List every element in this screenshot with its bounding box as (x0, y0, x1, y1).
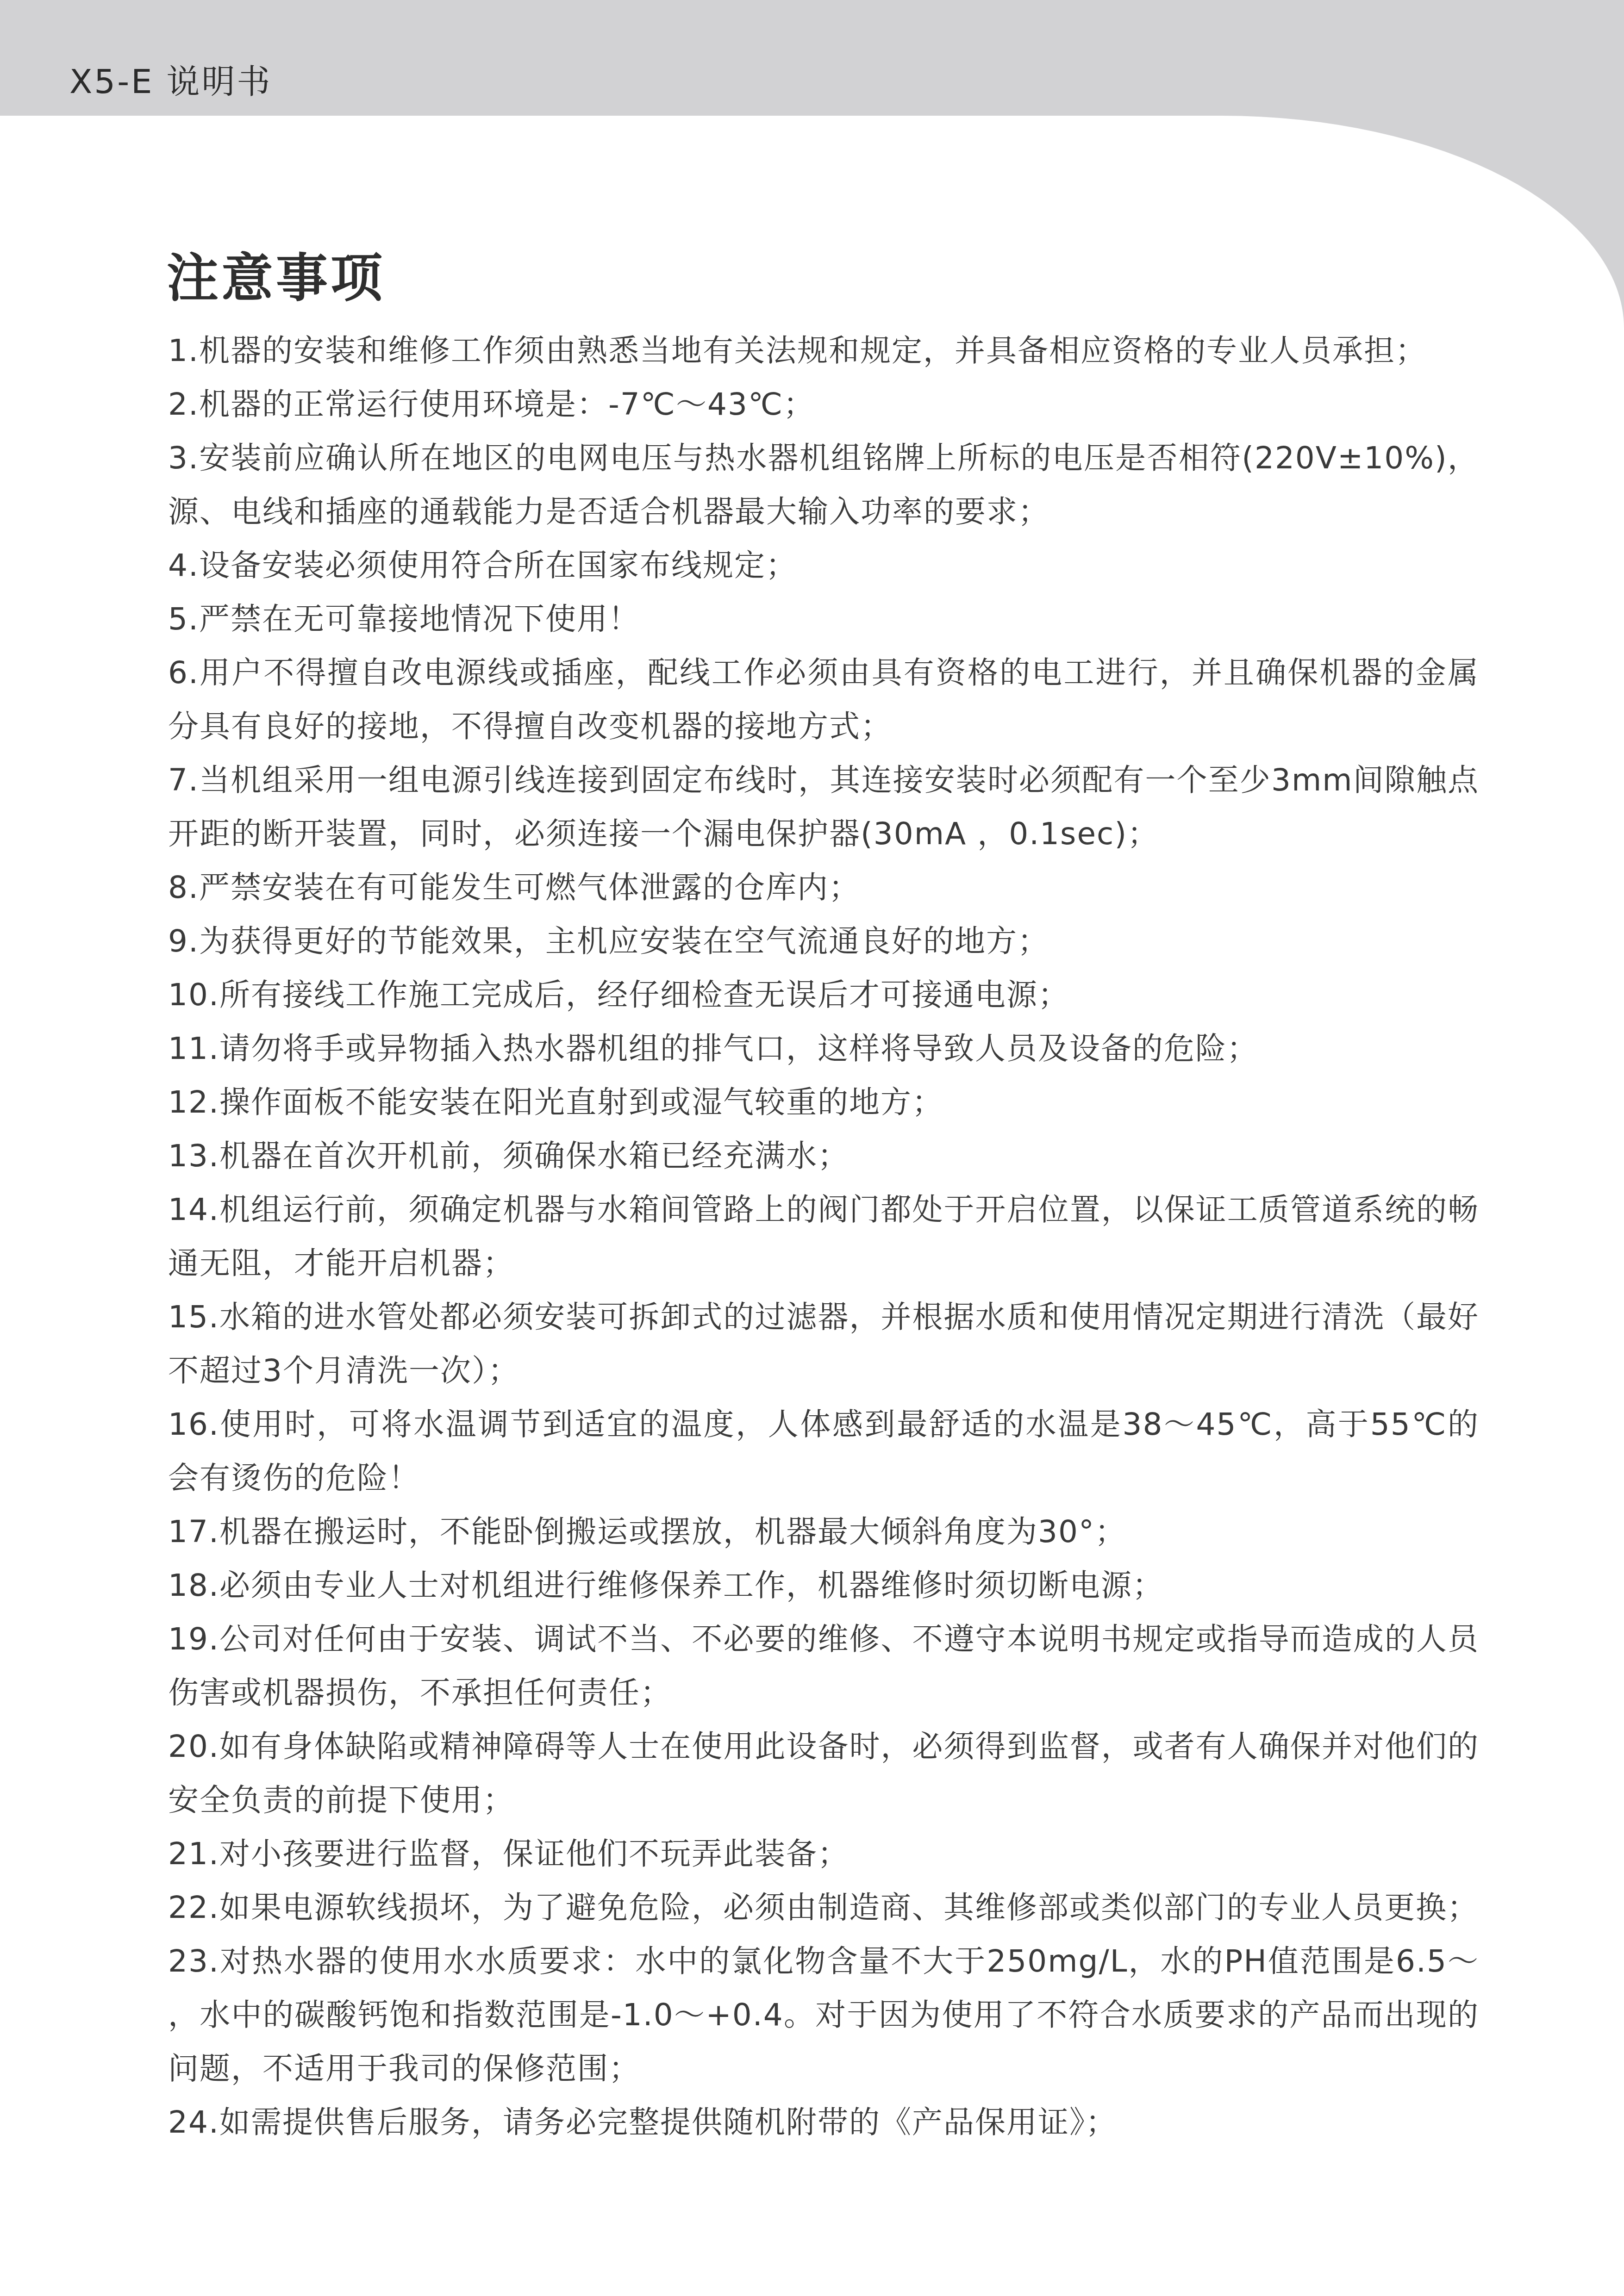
notice-line-item-15: 15.水箱的进水管处都必须安装可拆卸式的过滤器，并根据水质和使用情况定期进行清洗… (168, 1290, 1479, 1344)
notice-line-item-4: 4.设备安装必须使用符合所在国家布线规定； (168, 539, 1479, 592)
notice-line-item-14: 通无阻，才能开启机器； (168, 1237, 1479, 1290)
notice-line-item-16: 会有烫伤的危险！ (168, 1451, 1479, 1505)
notice-line-item-8: 8.严禁安装在有可能发生可燃气体泄露的仓库内； (168, 861, 1479, 915)
notice-line-item-3: 3.安装前应确认所在地区的电网电压与热水器机组铭牌上所标的电压是否相符(220V… (168, 431, 1479, 485)
notice-line-item-14: 14.机组运行前，须确定机器与水箱间管路上的阀门都处于开启位置，以保证工质管道系… (168, 1183, 1479, 1237)
notice-line-item-18: 18.必须由专业人士对机组进行维修保养工作，机器维修时须切断电源； (168, 1559, 1479, 1612)
notice-line-item-20: 20.如有身体缺陷或精神障碍等人士在使用此设备时，必须得到监督，或者有人确保并对… (168, 1720, 1479, 1773)
notice-line-item-19: 19.公司对任何由于安装、调试不当、不必要的维修、不遵守本说明书规定或指导而造成… (168, 1612, 1479, 1666)
notice-line-item-13: 13.机器在首次开机前，须确保水箱已经充满水； (168, 1129, 1479, 1183)
notice-line-item-17: 17.机器在搬运时，不能卧倒搬运或摆放，机器最大倾斜角度为30°； (168, 1505, 1479, 1559)
notice-line-item-10: 10.所有接线工作施工完成后，经仔细检查无误后才可接通电源； (168, 968, 1479, 1022)
notice-line-item-6: 6.用户不得擅自改电源线或插座，配线工作必须由具有资格的电工进行，并且确保机器的… (168, 646, 1479, 700)
notice-line-item-9: 9.为获得更好的节能效果，主机应安装在空气流通良好的地方； (168, 915, 1479, 968)
notice-line-item-23: 23.对热水器的使用水水质要求：水中的氯化物含量不大于250mg/L，水的PH值… (168, 1935, 1479, 1988)
notice-line-item-20: 安全负责的前提下使用； (168, 1773, 1479, 1827)
notice-line-item-24: 24.如需提供售后服务，请务必完整提供随机附带的《产品保用证》； (168, 2096, 1479, 2149)
notice-line-item-21: 21.对小孩要进行监督，保证他们不玩弄此装备； (168, 1827, 1479, 1881)
notice-line-item-22: 22.如果电源软线损坏，为了避免危险，必须由制造商、其维修部或类似部门的专业人员… (168, 1881, 1479, 1935)
notice-line-item-16: 16.使用时，可将水温调节到适宜的温度，人体感到最舒适的水温是38～45℃，高于… (168, 1398, 1479, 1451)
notice-line-item-12: 12.操作面板不能安装在阳光直射到或湿气较重的地方； (168, 1076, 1479, 1129)
notice-line-item-23: 问题，不适用于我司的保修范围； (168, 2042, 1479, 2096)
notice-line-item-19: 伤害或机器损伤，不承担任何责任； (168, 1666, 1479, 1720)
notice-line-item-23: ，水中的碳酸钙饱和指数范围是-1.0～+0.4。对于因为使用了不符合水质要求的产… (168, 1988, 1479, 2042)
section-title: 注意事项 (167, 237, 385, 311)
notice-line-item-11: 11.请勿将手或异物插入热水器机组的排气口，这样将导致人员及设备的危险； (168, 1022, 1479, 1076)
notice-line-item-7: 开距的断开装置，同时，必须连接一个漏电保护器(30mA ，0.1sec)； (168, 807, 1479, 861)
notice-line-item-5: 5.严禁在无可靠接地情况下使用！ (168, 592, 1479, 646)
notice-line-item-7: 7.当机组采用一组电源引线连接到固定布线时，其连接安装时必须配有一个至少3mm间… (168, 753, 1479, 807)
manual-header-title: X5-E 说明书 (69, 55, 272, 103)
notice-line-item-6: 分具有良好的接地，不得擅自改变机器的接地方式； (168, 700, 1479, 753)
notice-line-item-1: 1.机器的安装和维修工作须由熟悉当地有关法规和规定，并具备相应资格的专业人员承担… (168, 324, 1479, 378)
notices-list: 1.机器的安装和维修工作须由熟悉当地有关法规和规定，并具备相应资格的专业人员承担… (168, 324, 1479, 2149)
notice-line-item-15: 不超过3个月清洗一次）； (168, 1344, 1479, 1398)
notice-line-item-2: 2.机器的正常运行使用环境是：-7℃～43℃； (168, 378, 1479, 431)
notice-line-item-3: 源、电线和插座的通载能力是否适合机器最大输入功率的要求； (168, 485, 1479, 539)
